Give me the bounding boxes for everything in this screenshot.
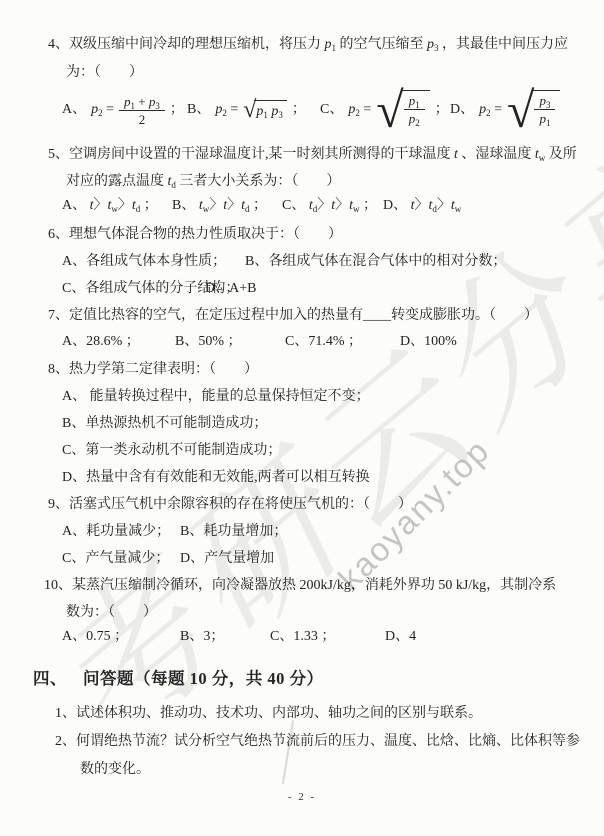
exam-paper-page: 考研云分享 kaoyany.top 4、双级压缩中间冷却的理想压缩机，将压力 p…: [0, 0, 604, 836]
section-4-item-1: 1、试述体积功、推动功、技术功、内部功、轴功之间的区别与联系。: [55, 705, 482, 723]
question-5-options: A、 t〉tw〉td ； B、 tw〉t〉td ； C、 td〉t〉tw ； D…: [62, 197, 461, 215]
question-7-option-a: A、28.6% ；: [62, 333, 175, 351]
question-9-option-c: C、产气量减少；: [62, 550, 180, 568]
question-6-option-d: D、A+B: [205, 280, 256, 298]
question-5-option-c: C、 td〉t〉tw ；: [282, 197, 383, 215]
question-10-option-b: B、3；: [180, 628, 270, 646]
formula-b-lhs: p2 =: [215, 101, 238, 119]
formula-c: C、 p2 = √ p1 p2 ；: [320, 90, 449, 130]
question-8-option-a: A、 能量转换过程中，能量的总量保持恒定不变；: [62, 388, 370, 406]
fraction-numerator: p3: [534, 93, 555, 110]
question-4-option-b: B、 p2 = √ p1 p3 ；: [187, 100, 320, 121]
formula-d-lhs: p2 =: [479, 101, 502, 119]
question-10-option-d: D、4: [385, 628, 416, 646]
radicand: p1 p2: [402, 90, 430, 126]
section-4-heading: 四、问答题（每题 10 分，共 40 分）: [33, 670, 324, 688]
question-4-option-a: A、 p2 = p1 + p3 2 ；: [62, 94, 187, 127]
radical-sign: √: [507, 90, 534, 130]
section-4-title: 问答题（每题 10 分，共 40 分）: [83, 669, 324, 688]
question-6-option-c: C、各组成气体的分子结构；: [62, 280, 205, 298]
option-a-label: A、: [62, 101, 86, 119]
fraction-numerator: p1 + p3: [119, 94, 165, 111]
question-4-options: A、 p2 = p1 + p3 2 ； B、 p2 = √ p1 p3 ；: [62, 84, 560, 136]
question-10-line-2: 数为：（ ）: [66, 604, 157, 622]
formula-c-lhs: p2 =: [348, 101, 371, 119]
question-10-option-c: C、1.33 ；: [270, 628, 385, 646]
fraction: p1 + p3 2: [119, 94, 165, 127]
formula-a-lhs: p2 =: [91, 101, 114, 119]
question-5-option-a: A、 t〉tw〉td ；: [62, 197, 172, 215]
question-10-option-a: A、0.75 ；: [62, 628, 180, 646]
sqrt-radical: √ p1 p3: [243, 100, 287, 121]
section-4-number: 四、: [33, 669, 67, 688]
formula-b: B、 p2 = √ p1 p3 ；: [187, 100, 306, 121]
formula-b-separator: ；: [292, 101, 306, 119]
scan-crease-line: [282, 720, 293, 783]
question-5-line-1: 5、空调房间中设置的干湿球温度计,某一时刻其所测得的干球温度 t 、湿球温度 t…: [48, 146, 577, 164]
question-6-options-row-2: C、各组成气体的分子结构； D、A+B: [62, 280, 256, 298]
question-7-line-1: 7、定值比热容的空气，在定压过程中加入的热量有____转变成膨胀功。（ ）: [48, 307, 538, 325]
option-b-label: B、: [187, 101, 210, 119]
formula-a: A、 p2 = p1 + p3 2 ；: [62, 94, 184, 127]
fraction-denominator: p2: [409, 110, 420, 126]
section-4-item-2-line-2: 数的变化。: [80, 761, 150, 779]
question-6-option-b: B、各组成气体在混合气体中的相对分数；: [245, 253, 506, 271]
fraction-numerator: p1: [404, 93, 425, 110]
question-5-line-2: 对应的露点温度 td 三者大小关系为：（ ）: [66, 173, 340, 191]
question-4-option-d: D、 p2 = √ p3 p1: [450, 90, 560, 130]
question-7-options: A、28.6% ； B、50% ； C、71.4% ； D、100%: [62, 333, 457, 351]
question-9-option-b: B、耗功量增加；: [180, 523, 287, 541]
sqrt-radical: √ p3 p1: [507, 90, 560, 130]
question-10-options: A、0.75 ； B、3； C、1.33 ； D、4: [62, 628, 416, 646]
question-7-option-d: D、100%: [400, 333, 457, 351]
section-4-item-2-line-1: 2、何谓绝热节流？试分析空气绝热节流前后的压力、温度、比焓、比熵、比体积等参: [55, 733, 580, 751]
radicand: p1 p3: [254, 100, 287, 121]
fraction-denominator: p1: [539, 110, 550, 126]
question-9-option-d: D、产气量增加: [180, 550, 274, 568]
question-5-option-b: B、 tw〉t〉td ；: [172, 197, 282, 215]
formula-a-separator: ；: [170, 101, 184, 119]
question-9-options-row-1: A、耗功量减少； B、耗功量增加；: [62, 523, 287, 541]
question-8-line-1: 8、热力学第二定律表明：（ ）: [48, 361, 258, 379]
fraction-denominator: 2: [139, 111, 146, 127]
question-4-line-1: 4、双级压缩中间冷却的理想压缩机，将压力 p1 的空气压缩至 p3 ，其最佳中间…: [48, 36, 568, 54]
question-7-option-b: B、50% ；: [175, 333, 285, 351]
question-7-option-c: C、71.4% ；: [285, 333, 400, 351]
question-8-option-d: D、热量中含有有效能和无效能,两者可以相互转换: [62, 469, 370, 487]
question-9-line-1: 9、活塞式压气机中余隙容积的存在将使压气机的：（ ）: [48, 496, 412, 514]
question-4-line-2: 为：（ ）: [66, 64, 143, 82]
question-6-line-1: 6、理想气体混合物的热力性质取决于：（ ）: [48, 226, 342, 244]
question-8-option-c: C、第一类永动机不可能制造成功；: [62, 442, 281, 460]
question-10-line-1: 10、某蒸汽压缩制冷循环，向冷凝器放热 200kJ/kg，消耗外界功 50 kJ…: [44, 577, 556, 595]
formula-d: D、 p2 = √ p3 p1: [450, 90, 560, 130]
question-6-options-row-1: A、各组成气体本身性质； B、各组成气体在混合气体中的相对分数；: [62, 253, 506, 271]
question-8-option-b: B、单热源热机不可能制造成功；: [62, 415, 267, 433]
fraction: p3 p1: [534, 93, 555, 126]
fraction: p1 p2: [404, 93, 425, 126]
option-c-label: C、: [320, 101, 343, 119]
sqrt-radical: √ p1 p2: [376, 90, 429, 130]
question-9-option-a: A、耗功量减少；: [62, 523, 180, 541]
option-d-label: D、: [450, 101, 474, 119]
question-5-option-d: D、 t〉td〉tw: [383, 197, 461, 215]
question-4-option-c: C、 p2 = √ p1 p2 ；: [320, 90, 450, 130]
radical-sign: √: [376, 90, 403, 130]
question-9-options-row-2: C、产气量减少； D、产气量增加: [62, 550, 274, 568]
page-number: - 2 -: [0, 788, 604, 806]
question-6-option-a: A、各组成气体本身性质；: [62, 253, 245, 271]
radicand: p3 p1: [532, 90, 560, 126]
site-watermark: kaoyany.top: [338, 438, 490, 590]
formula-c-separator: ；: [435, 101, 449, 119]
